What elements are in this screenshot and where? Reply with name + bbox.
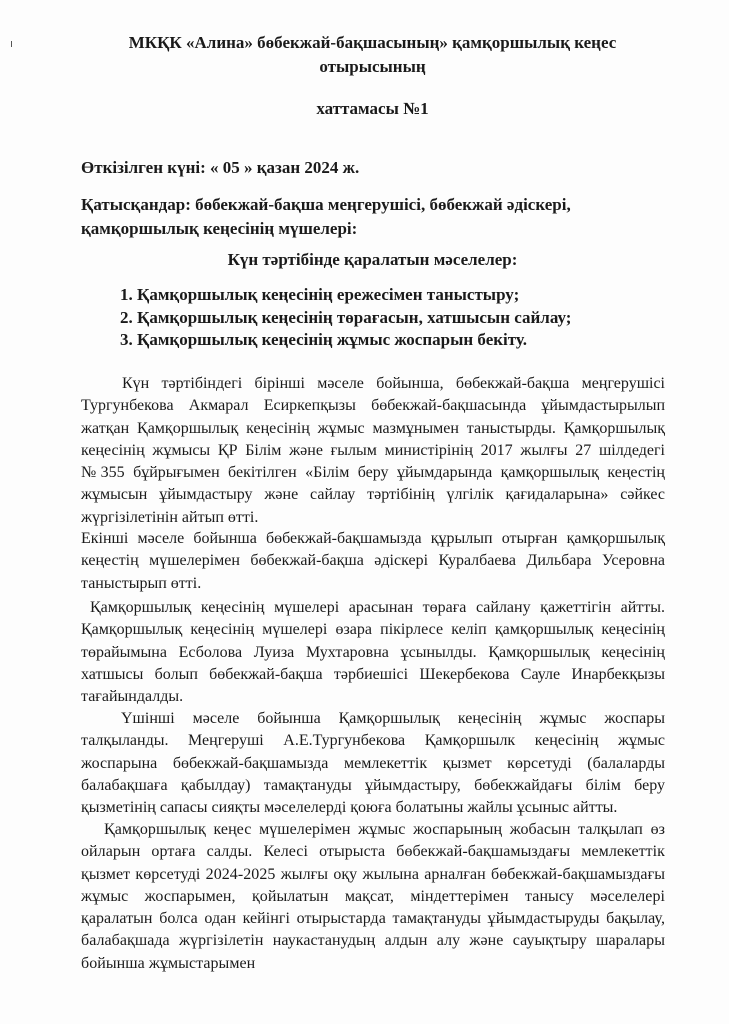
scan-artifact	[11, 41, 12, 47]
agenda-item: 2. Қамқоршылық кеңесінің төрағасын, хатш…	[120, 307, 640, 330]
paragraph-third-issue: Үшінші мәселе бойынша Қамқоршылық кеңесі…	[81, 708, 665, 819]
meeting-date: Өткізілген күні: « 05 » қазан 2024 ж.	[81, 156, 666, 180]
paragraph-chair-election: Қамқоршылық кеңесінің мүшелері арасынан …	[81, 597, 665, 708]
agenda-heading: Күн тәртібінде қаралатын мәселелер:	[80, 248, 665, 272]
agenda-item: 1. Қамқоршылық кеңесінің ережесімен таны…	[120, 284, 640, 307]
participants: Қатысқандар: бөбекжай-бақша меңгерушісі,…	[81, 193, 666, 241]
paragraph-first-issue: Күн тәртібіндегі бірінші мәселе бойынша,…	[81, 373, 665, 529]
agenda-list: 1. Қамқоршылық кеңесінің ережесімен таны…	[120, 284, 640, 352]
document-page: МКҚК «Алина» бөбекжай-бақшасының» қамқор…	[0, 0, 729, 1024]
paragraph-work-plan: Қамқоршылық кеңес мүшелерімен жұмыс жосп…	[81, 819, 665, 975]
document-title-line-2: отырысының	[80, 55, 665, 79]
protocol-number: хаттамасы №1	[80, 97, 665, 121]
agenda-item: 3. Қамқоршылық кеңесінің жұмыс жоспарын …	[120, 329, 640, 352]
paragraph-second-issue: Екінші мәселе бойынша бөбекжай-бақшамызд…	[81, 528, 665, 595]
document-title-line-1: МКҚК «Алина» бөбекжай-бақшасының» қамқор…	[80, 31, 665, 55]
